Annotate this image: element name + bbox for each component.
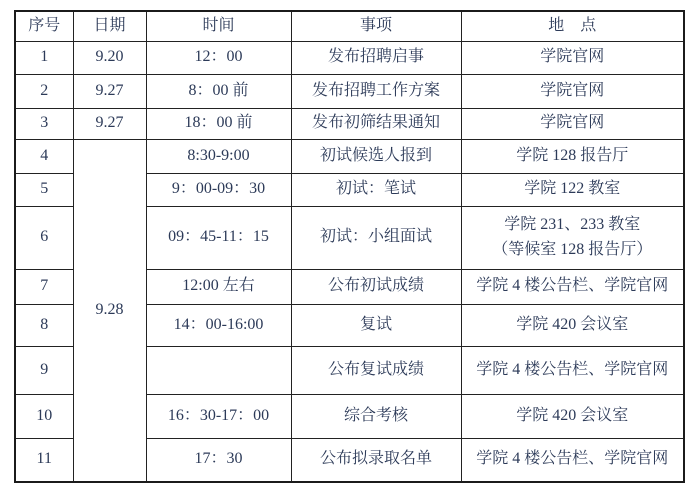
col-header-item: 事项 bbox=[291, 11, 461, 41]
cell-no: 6 bbox=[15, 206, 73, 269]
cell-item: 复试 bbox=[291, 304, 461, 346]
table-row: 2 9.27 8：00 前 发布招聘工作方案 学院官网 bbox=[15, 74, 684, 108]
cell-time: 9：00-09：30 bbox=[146, 173, 291, 206]
cell-time: 8:30-9:00 bbox=[146, 139, 291, 173]
cell-place: 学院 420 会议室 bbox=[461, 394, 684, 438]
cell-no: 11 bbox=[15, 438, 73, 482]
cell-no: 2 bbox=[15, 74, 73, 108]
cell-date: 9.20 bbox=[73, 41, 146, 74]
col-header-place: 地 点 bbox=[461, 11, 684, 41]
cell-place: 学院官网 bbox=[461, 74, 684, 108]
cell-place: 学院官网 bbox=[461, 41, 684, 74]
col-header-time: 时间 bbox=[146, 11, 291, 41]
cell-place: 学院 420 会议室 bbox=[461, 304, 684, 346]
cell-place: 学院 4 楼公告栏、学院官网 bbox=[461, 346, 684, 394]
cell-item: 公布拟录取名单 bbox=[291, 438, 461, 482]
cell-no: 9 bbox=[15, 346, 73, 394]
cell-time: 14：00-16:00 bbox=[146, 304, 291, 346]
cell-no: 3 bbox=[15, 108, 73, 139]
cell-date: 9.27 bbox=[73, 108, 146, 139]
cell-item: 发布招聘启事 bbox=[291, 41, 461, 74]
cell-time: 12：00 bbox=[146, 41, 291, 74]
header-row: 序号 日期 时间 事项 地 点 bbox=[15, 11, 684, 41]
document-page: 序号 日期 时间 事项 地 点 1 9.20 12：00 发布招聘启事 学院官网… bbox=[0, 0, 696, 487]
cell-place: 学院官网 bbox=[461, 108, 684, 139]
cell-place: 学院 122 教室 bbox=[461, 173, 684, 206]
cell-item: 综合考核 bbox=[291, 394, 461, 438]
cell-place: 学院 4 楼公告栏、学院官网 bbox=[461, 438, 684, 482]
col-header-date: 日期 bbox=[73, 11, 146, 41]
cell-no: 1 bbox=[15, 41, 73, 74]
cell-no: 4 bbox=[15, 139, 73, 173]
cell-time bbox=[146, 346, 291, 394]
cell-place: 学院 128 报告厅 bbox=[461, 139, 684, 173]
cell-date-merged: 9.28 bbox=[73, 139, 146, 482]
cell-time: 8：00 前 bbox=[146, 74, 291, 108]
cell-no: 7 bbox=[15, 269, 73, 304]
cell-time: 17：30 bbox=[146, 438, 291, 482]
cell-item: 初试：笔试 bbox=[291, 173, 461, 206]
schedule-table: 序号 日期 时间 事项 地 点 1 9.20 12：00 发布招聘启事 学院官网… bbox=[14, 10, 685, 483]
cell-date: 9.27 bbox=[73, 74, 146, 108]
cell-no: 10 bbox=[15, 394, 73, 438]
cell-time: 12:00 左右 bbox=[146, 269, 291, 304]
cell-item: 发布招聘工作方案 bbox=[291, 74, 461, 108]
cell-item: 初试：小组面试 bbox=[291, 206, 461, 269]
cell-place: 学院 4 楼公告栏、学院官网 bbox=[461, 269, 684, 304]
table-row: 4 9.28 8:30-9:00 初试候选人报到 学院 128 报告厅 bbox=[15, 139, 684, 173]
table-row: 1 9.20 12：00 发布招聘启事 学院官网 bbox=[15, 41, 684, 74]
cell-time: 09：45-11：15 bbox=[146, 206, 291, 269]
cell-item: 公布复试成绩 bbox=[291, 346, 461, 394]
cell-time: 18：00 前 bbox=[146, 108, 291, 139]
table-row: 3 9.27 18：00 前 发布初筛结果通知 学院官网 bbox=[15, 108, 684, 139]
cell-item: 公布初试成绩 bbox=[291, 269, 461, 304]
cell-no: 8 bbox=[15, 304, 73, 346]
cell-place: 学院 231、233 教室 （等候室 128 报告厅） bbox=[461, 206, 684, 269]
cell-time: 16：30-17：00 bbox=[146, 394, 291, 438]
cell-item: 初试候选人报到 bbox=[291, 139, 461, 173]
col-header-no: 序号 bbox=[15, 11, 73, 41]
cell-no: 5 bbox=[15, 173, 73, 206]
cell-item: 发布初筛结果通知 bbox=[291, 108, 461, 139]
